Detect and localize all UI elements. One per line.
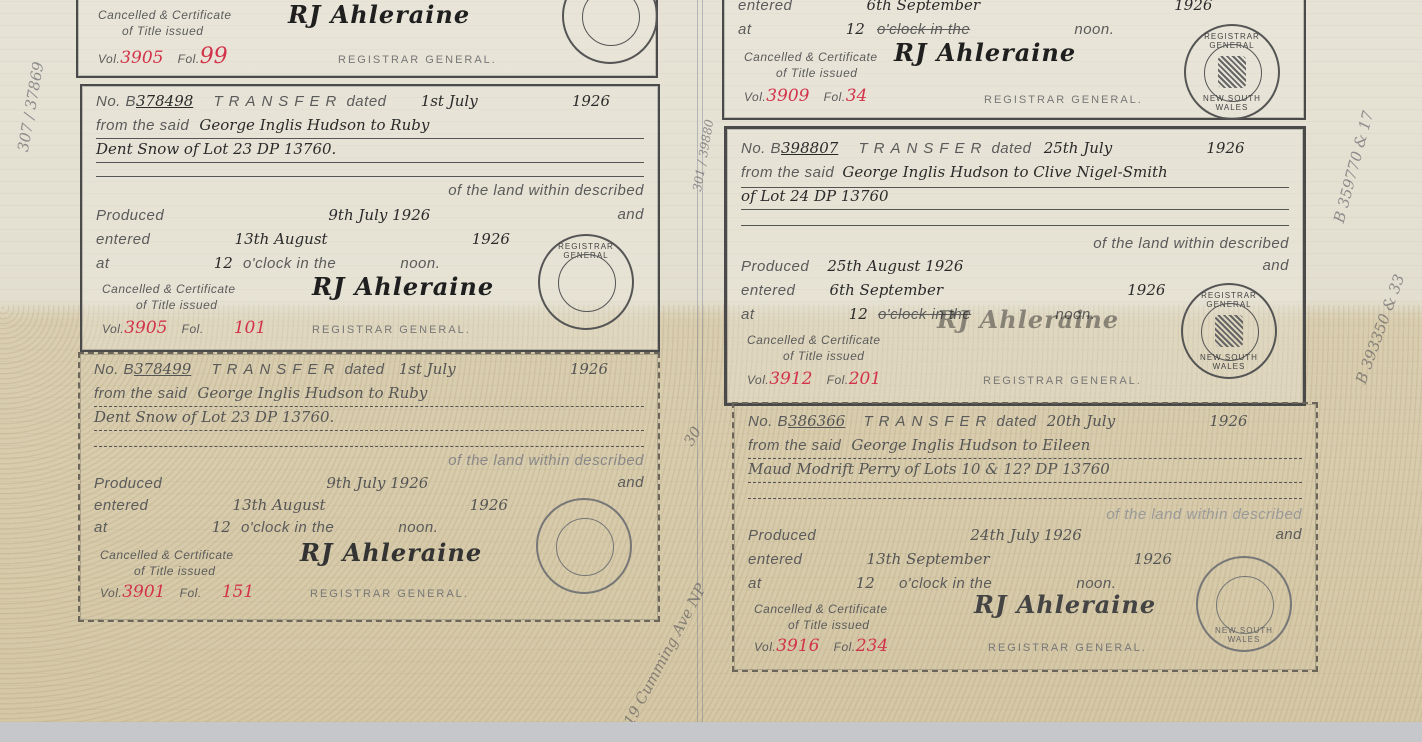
registrar-label: REGISTRAR GENERAL.	[310, 588, 469, 600]
registrar-signature: RJ Ahleraine	[894, 38, 1076, 67]
dated-value: 25th July	[1044, 139, 1113, 157]
cancelled-label: of Title issued	[122, 24, 203, 38]
registrar-signature: RJ Ahleraine	[300, 538, 482, 567]
fol-label: Fol.	[824, 90, 846, 104]
vol-value: 3905	[124, 318, 167, 338]
entered-year: 1926	[470, 496, 508, 514]
land-label: of the land within described	[448, 182, 644, 199]
dated-value: 1st July	[399, 360, 456, 378]
seal-text: NEW SOUTH WALES	[1198, 626, 1290, 644]
entered-value: 6th September	[867, 0, 981, 14]
dated-label: dated	[346, 93, 386, 110]
cancelled-label: of Title issued	[776, 66, 857, 80]
noon-label: noon.	[398, 519, 438, 536]
registrar-label: REGISTRAR GENERAL.	[338, 54, 497, 66]
margin-note: B 359770 & 17	[1330, 109, 1377, 225]
transfer-number: 378498	[136, 92, 193, 110]
dated-value: 20th July	[1047, 412, 1116, 430]
noon-label: noon.	[400, 255, 440, 272]
seal-text: NEW SOUTH WALES	[1183, 353, 1275, 371]
from-label: from the said	[741, 164, 834, 181]
produced-label: Produced	[748, 527, 816, 544]
entered-value: 6th September	[830, 281, 944, 299]
document-page: Cancelled & Certificate of Title issued …	[0, 0, 1422, 722]
margin-rule	[702, 0, 703, 722]
vol-label: Vol.	[747, 373, 769, 387]
margin-note: 301 / 39880	[690, 118, 716, 192]
no-label: No. B	[96, 93, 136, 110]
dated-year: 1926	[572, 92, 610, 110]
entered-value: 13th September	[867, 550, 990, 568]
cancelled-label: Cancelled & Certificate	[102, 282, 236, 296]
entered-label: entered	[738, 0, 792, 14]
dated-year: 1926	[1209, 412, 1247, 430]
vol-label: Vol.	[102, 322, 124, 336]
land-label: of the land within described	[448, 452, 644, 469]
produced-label: Produced	[741, 258, 809, 275]
margin-note: B 393350 & 33	[1352, 272, 1408, 386]
vol-label: Vol.	[98, 52, 120, 66]
cancelled-label: Cancelled & Certificate	[98, 8, 232, 22]
vol-label: Vol.	[754, 640, 776, 654]
vol-value: 3912	[769, 369, 812, 389]
noon-label: noon.	[1074, 21, 1114, 38]
vol-value: 3916	[776, 636, 819, 656]
at-value: 12	[856, 574, 875, 592]
from-party-line: of Lot 24 DP 13760	[741, 187, 889, 205]
oclock-label: o'clock in the	[241, 519, 334, 536]
vol-label: Vol.	[100, 586, 122, 600]
transfer-block-386366: No. B386366 TRANSFER dated 20th July 192…	[732, 402, 1318, 672]
cancelled-label: Cancelled & Certificate	[754, 602, 888, 616]
from-party-line: George Inglis Hudson to Ruby	[197, 384, 427, 402]
from-label: from the said	[748, 437, 841, 454]
from-party-line: George Inglis Hudson to Ruby	[199, 116, 429, 134]
entered-year: 1926	[1127, 281, 1165, 299]
transfer-label: TRANSFER	[863, 413, 992, 430]
dated-label: dated	[344, 361, 384, 378]
transfer-number: 398807	[781, 139, 838, 157]
from-party-line: George Inglis Hudson to Eileen	[851, 436, 1090, 454]
transfer-block-partial-top-left: Cancelled & Certificate of Title issued …	[76, 0, 658, 78]
registrar-seal-icon: NEW SOUTH WALES	[1196, 556, 1292, 652]
registrar-seal-icon: REGISTRAR GENERAL NEW SOUTH WALES	[1184, 24, 1280, 120]
fol-label: Fol.	[182, 322, 204, 336]
oclock-label: o'clock in the	[877, 21, 970, 38]
registrar-label: REGISTRAR GENERAL.	[984, 94, 1143, 106]
registrar-signature: RJ Ahleraine	[312, 272, 494, 301]
from-label: from the said	[94, 385, 187, 402]
at-label: at	[738, 21, 752, 38]
and-label: and	[1275, 526, 1302, 543]
transfer-number: 386366	[788, 412, 845, 430]
vol-value: 3905	[120, 48, 163, 68]
entered-year: 1926	[1134, 550, 1172, 568]
transfer-number: 378499	[134, 360, 191, 378]
dated-label: dated	[991, 140, 1031, 157]
produced-label: Produced	[94, 475, 162, 492]
land-label: of the land within described	[1093, 235, 1289, 252]
registrar-signature: RJ Ahleraine	[288, 0, 470, 29]
land-label: of the land within described	[1106, 506, 1302, 523]
produced-value: 24th July 1926	[970, 526, 1081, 544]
entered-label: entered	[748, 551, 802, 568]
fol-value: 234	[856, 636, 888, 656]
from-party-line: Maud Modrift Perry of Lots 10 & 12? DP 1…	[748, 460, 1110, 478]
vol-value: 3909	[766, 86, 809, 106]
transfer-label: TRANSFER	[858, 140, 987, 157]
cancelled-label: Cancelled & Certificate	[100, 548, 234, 562]
fol-value: 101	[234, 318, 266, 338]
at-label: at	[96, 255, 110, 272]
no-label: No. B	[748, 413, 788, 430]
from-party-line: George Inglis Hudson to Clive Nigel-Smit…	[842, 163, 1167, 181]
at-value: 12	[849, 305, 868, 323]
entered-year: 1926	[472, 230, 510, 248]
vol-label: Vol.	[744, 90, 766, 104]
entered-label: entered	[96, 231, 150, 248]
at-value: 12	[214, 254, 233, 272]
transfer-block-378498: No. B378498 TRANSFER dated 1st July 1926…	[80, 84, 660, 352]
fol-label: Fol.	[180, 586, 202, 600]
registrar-label: REGISTRAR GENERAL.	[312, 324, 471, 336]
dated-value: 1st July	[421, 92, 478, 110]
transfer-block-partial-top-right: entered 6th September 1926 at 12 o'clock…	[722, 0, 1306, 120]
registrar-seal-icon	[536, 498, 632, 594]
entered-label: entered	[741, 282, 795, 299]
produced-value: 25th August 1926	[827, 257, 963, 275]
transfer-label: TRANSFER	[211, 361, 340, 378]
dated-year: 1926	[1206, 139, 1244, 157]
cancelled-label: Cancelled & Certificate	[747, 333, 881, 347]
and-label: and	[617, 474, 644, 491]
registrar-label: REGISTRAR GENERAL.	[988, 642, 1147, 654]
produced-label: Produced	[96, 207, 164, 224]
at-value: 12	[846, 20, 865, 38]
registrar-signature: RJ Ahleraine	[974, 590, 1156, 619]
produced-value: 9th July 1926	[328, 206, 430, 224]
at-label: at	[748, 575, 762, 592]
cancelled-label: Cancelled & Certificate	[744, 50, 878, 64]
produced-value: 9th July 1926	[326, 474, 428, 492]
margin-note: 307 / 37869	[14, 60, 48, 153]
crest-icon	[1215, 315, 1243, 347]
vol-value: 3901	[122, 582, 165, 602]
entered-value: 13th August	[235, 230, 328, 248]
entered-label: entered	[94, 497, 148, 514]
entered-value: 13th August	[233, 496, 326, 514]
registrar-label: REGISTRAR GENERAL.	[983, 375, 1142, 387]
cancelled-label: of Title issued	[788, 618, 869, 632]
transfer-label: TRANSFER	[213, 93, 342, 110]
cancelled-label: of Title issued	[783, 349, 864, 363]
dated-label: dated	[996, 413, 1036, 430]
and-label: and	[1262, 257, 1289, 274]
cancelled-label: of Title issued	[134, 564, 215, 578]
registrar-seal-icon: REGISTRAR GENERAL	[538, 234, 634, 330]
no-label: No. B	[741, 140, 781, 157]
cancelled-label: of Title issued	[136, 298, 217, 312]
scan-bottom-edge	[0, 722, 1422, 742]
fol-value: 34	[846, 86, 868, 106]
oclock-label: o'clock in the	[243, 255, 336, 272]
from-label: from the said	[96, 117, 189, 134]
no-label: No. B	[94, 361, 134, 378]
entered-year: 1926	[1174, 0, 1212, 14]
at-value: 12	[212, 518, 231, 536]
at-label: at	[94, 519, 108, 536]
fol-label: Fol.	[178, 52, 200, 66]
crest-icon	[1218, 56, 1246, 88]
fol-label: Fol.	[827, 373, 849, 387]
registrar-signature: RJ Ahleraine	[937, 305, 1119, 334]
fol-value: 151	[222, 582, 254, 602]
from-party-line: Dent Snow of Lot 23 DP 13760.	[96, 140, 336, 158]
and-label: and	[617, 206, 644, 223]
seal-text: NEW SOUTH WALES	[1186, 94, 1278, 112]
fol-value: 201	[849, 369, 881, 389]
fol-label: Fol.	[834, 640, 856, 654]
fol-value: 99	[200, 44, 228, 69]
margin-rule	[697, 0, 698, 722]
transfer-block-398807: No. B398807 TRANSFER dated 25th July 192…	[724, 126, 1306, 406]
dated-year: 1926	[570, 360, 608, 378]
registrar-seal-icon: REGISTRAR GENERAL NEW SOUTH WALES	[1181, 283, 1277, 379]
transfer-block-378499: No. B378499 TRANSFER dated 1st July 1926…	[78, 352, 660, 622]
from-party-line: Dent Snow of Lot 23 DP 13760.	[94, 408, 334, 426]
at-label: at	[741, 306, 755, 323]
